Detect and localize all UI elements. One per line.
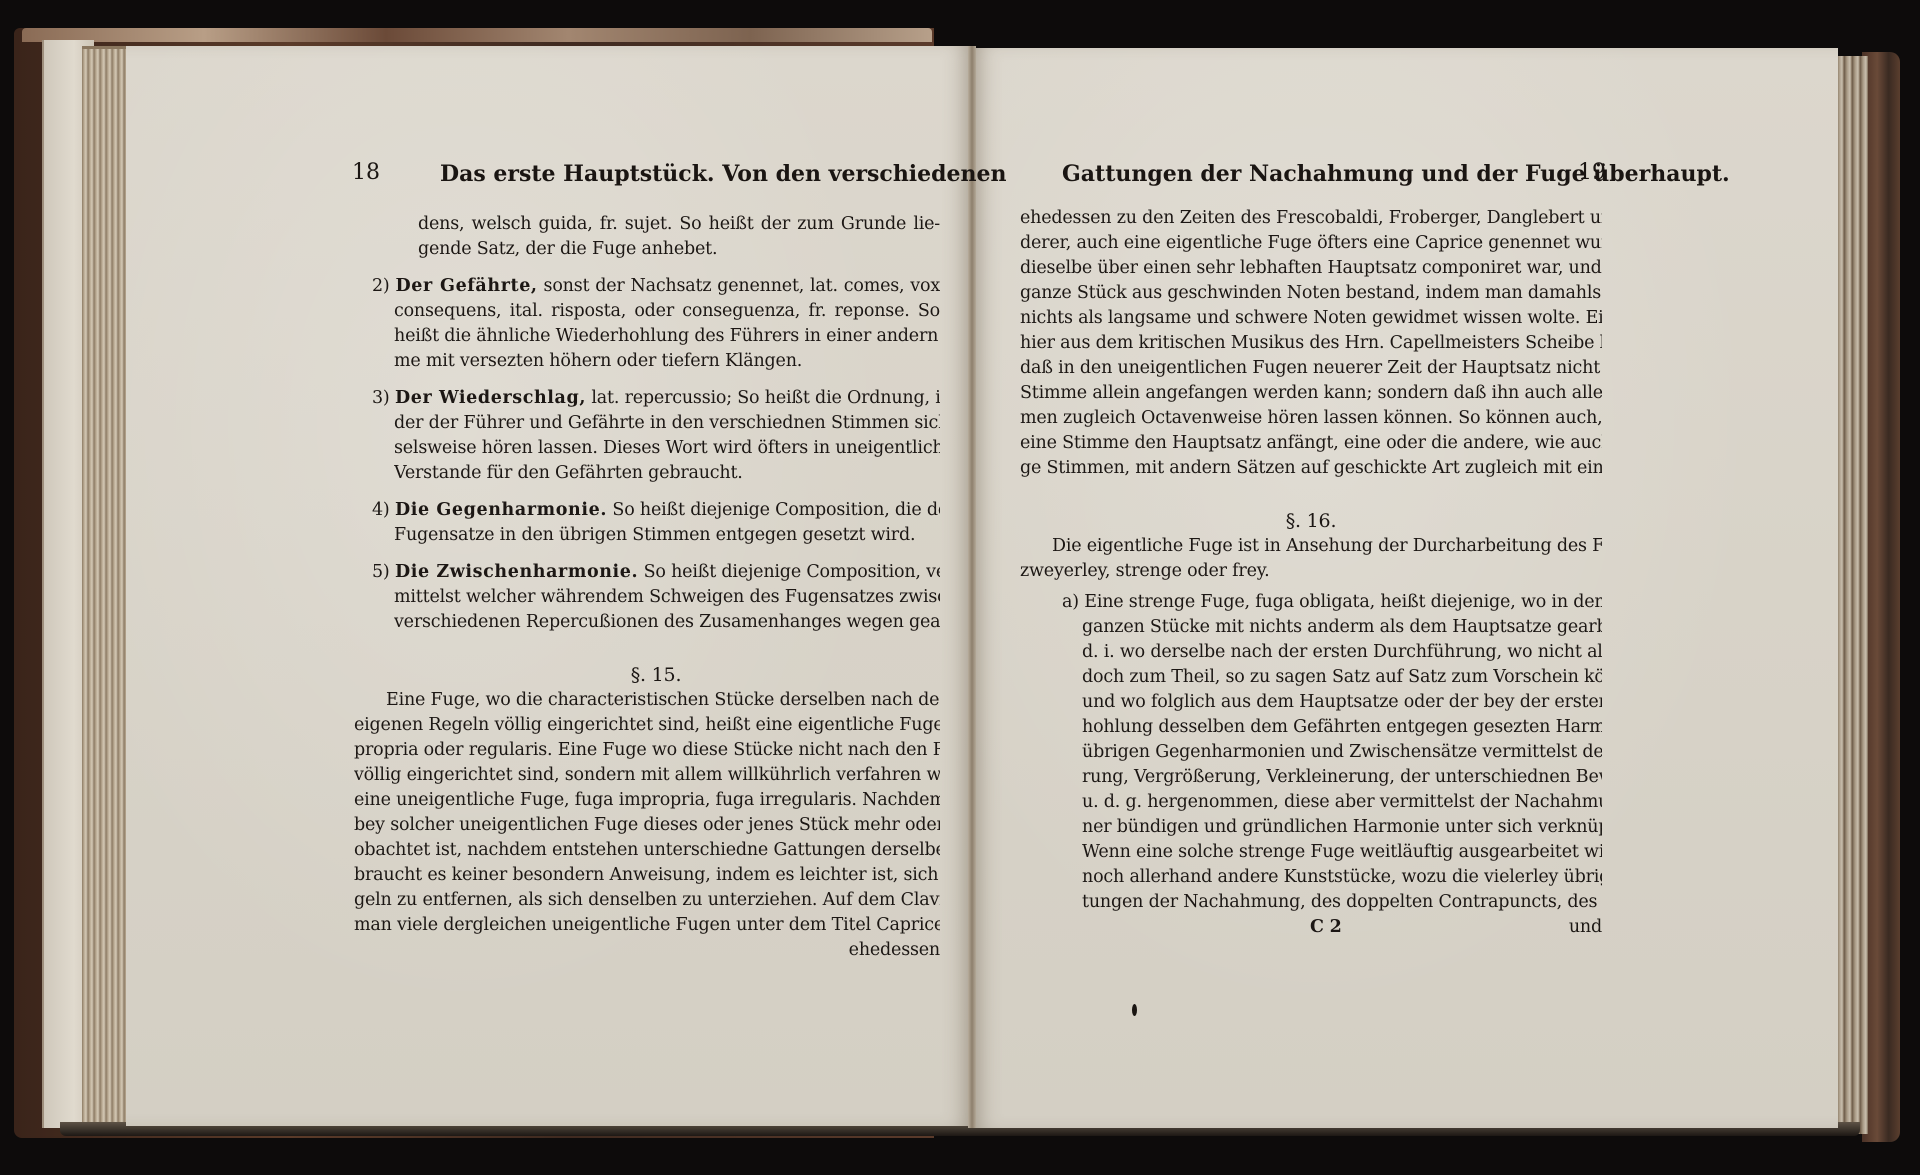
text-line: dens, welsch guida, fr. sujet. So heißt …: [418, 212, 940, 237]
catchword: und: [1569, 915, 1602, 940]
running-head-right: Gattungen der Nachahmung und der Fuge üb…: [1062, 160, 1730, 188]
text-line: eine uneigentliche Fuge, fuga impropria,…: [354, 788, 940, 813]
left-page-stack-edge: [82, 46, 126, 1131]
text-line: der der Führer und Gefährte in den versc…: [394, 411, 940, 436]
text-line: nichts als langsame und schwere Noten ge…: [1020, 306, 1602, 331]
page-number-right: 19: [1578, 160, 1606, 185]
text-line: eine Stimme den Hauptsatz anfängt, eine …: [1020, 431, 1602, 456]
definition-item-a: a) Eine strenge Fuge, fuga obligata, hei…: [1020, 590, 1602, 940]
text-line: daß in den uneigentlichen Fugen neuerer …: [1020, 356, 1602, 381]
text-line: doch zum Theil, so zu sagen Satz auf Sat…: [1082, 665, 1602, 690]
definition-item-4: 4) Die Gegenharmonie. So heißt diejenige…: [372, 498, 940, 548]
text-line: hohlung desselben dem Gefährten entgegen…: [1082, 715, 1602, 740]
definition-item-3: 3) Der Wiederschlag, lat. repercussio; S…: [372, 386, 940, 486]
text-line: gende Satz, der die Fuge anhebet.: [418, 237, 940, 262]
running-head-left: Das erste Hauptstück. Von den verschiede…: [440, 160, 1007, 188]
right-page-body: ehedessen zu den Zeiten des Frescobaldi,…: [1020, 206, 1602, 940]
text-line: d. i. wo derselbe nach der ersten Durchf…: [1082, 640, 1602, 665]
section-heading: §. 15.: [372, 663, 940, 688]
item-term: Die Gegenharmonie.: [395, 500, 607, 520]
text-line: Fugensatze in den übrigen Stimmen entgeg…: [394, 523, 940, 548]
text-line: mittelst welcher währendem Schweigen des…: [394, 585, 940, 610]
text-line: und wo folglich aus dem Hauptsatze oder …: [1082, 690, 1602, 715]
section-16: §. 16. Die eigentliche Fuge ist in Anseh…: [1020, 509, 1602, 940]
item-marker: 5): [372, 562, 390, 582]
text-line: selsweise hören lassen. Dieses Wort wird…: [394, 436, 940, 461]
continuation-block: ehedessen zu den Zeiten des Frescobaldi,…: [1020, 206, 1602, 481]
text-line: me mit versezten höhern oder tiefern Klä…: [394, 349, 940, 374]
text-line: ganze Stück aus geschwinden Noten bestan…: [1020, 281, 1602, 306]
book-gutter: [968, 46, 976, 1128]
definition-item-2: 2) Der Gefährte, sonst der Nachsatz gene…: [372, 274, 940, 374]
item-marker: a): [1062, 592, 1079, 612]
text-line: noch allerhand andere Kunststücke, wozu …: [1082, 865, 1602, 890]
text-line: zweyerley, strenge oder frey.: [1020, 559, 1602, 584]
text-line: men zugleich Octavenweise hören lassen k…: [1020, 406, 1602, 431]
text-line: ge Stimmen, mit andern Sätzen auf geschi…: [1020, 456, 1602, 481]
text-line: dieselbe über einen sehr lebhaften Haupt…: [1020, 256, 1602, 281]
text-line: lat. repercussio; So heißt die Ordnung, …: [591, 388, 940, 408]
ink-spot: [1132, 1004, 1137, 1016]
text-line: geln zu entfernen, als sich denselben zu…: [354, 888, 940, 913]
text-line: Eine strenge Fuge, fuga obligata, heißt …: [1084, 592, 1602, 612]
text-line: braucht es keiner besondern Anweisung, i…: [354, 863, 940, 888]
text-line: Die eigentliche Fuge ist in Ansehung der…: [1020, 534, 1602, 559]
text-line: eigenen Regeln völlig eingerichtet sind,…: [354, 713, 940, 738]
text-line: So heißt diejenige Composition, ver-: [644, 562, 940, 582]
left-page-body: dens, welsch guida, fr. sujet. So heißt …: [372, 212, 940, 963]
item-term: Der Gefährte,: [395, 276, 537, 296]
text-line: sonst der Nachsatz genennet, lat. comes,…: [544, 276, 940, 296]
catchword: ehedessen: [354, 938, 940, 963]
signature-mark: C 2: [1310, 915, 1342, 940]
item-term: Der Wiederschlag,: [395, 388, 586, 408]
text-line: ganzen Stücke mit nichts anderm als dem …: [1082, 615, 1602, 640]
text-line: ehedessen zu den Zeiten des Frescobaldi,…: [1020, 206, 1602, 231]
item-marker: 4): [372, 500, 390, 520]
text-line: Wenn eine solche strenge Fuge weitläufti…: [1082, 840, 1602, 865]
text-line: heißt die ähnliche Wiederhohlung des Füh…: [394, 324, 940, 349]
text-line: übrigen Gegenharmonien und Zwischensätze…: [1082, 740, 1602, 765]
section-heading: §. 16.: [1020, 509, 1602, 534]
text-line: So heißt diejenige Composition, die dem: [612, 500, 940, 520]
section-15: §. 15. Eine Fuge, wo die characteristisc…: [372, 663, 940, 963]
item-term: Die Zwischenharmonie.: [395, 562, 638, 582]
text-line: verschiedenen Repercußionen des Zusamenh…: [394, 610, 940, 635]
text-line: consequens, ital. risposta, oder consegu…: [394, 299, 940, 324]
item-marker: 3): [372, 388, 390, 408]
left-cover-top-edge: [22, 28, 932, 42]
text-line: Eine Fuge, wo die characteristischen Stü…: [354, 688, 940, 713]
item-marker: 2): [372, 276, 390, 296]
text-line: hier aus dem kritischen Musikus des Hrn.…: [1020, 331, 1602, 356]
text-line: u. d. g. hergenommen, diese aber vermitt…: [1082, 790, 1602, 815]
text-line: bey solcher uneigentlichen Fuge dieses o…: [354, 813, 940, 838]
text-line: Verstande für den Gefährten gebraucht.: [394, 461, 940, 486]
right-page-stack-edge: [1836, 56, 1868, 1134]
text-line: Stimme allein angefangen werden kann; so…: [1020, 381, 1602, 406]
text-line: man viele dergleichen uneigentliche Fuge…: [354, 913, 940, 938]
text-line: völlig eingerichtet sind, sondern mit al…: [354, 763, 940, 788]
continuation-block: dens, welsch guida, fr. sujet. So heißt …: [372, 212, 940, 262]
text-line: obachtet ist, nachdem entstehen untersch…: [354, 838, 940, 863]
text-line: rung, Vergrößerung, Verkleinerung, der u…: [1082, 765, 1602, 790]
text-line: tungen der Nachahmung, des doppelten Con…: [1082, 890, 1602, 915]
text-line: derer, auch eine eigentliche Fuge öfters…: [1020, 231, 1602, 256]
text-line: ner bündigen und gründlichen Harmonie un…: [1082, 815, 1602, 840]
definition-item-5: 5) Die Zwischenharmonie. So heißt diejen…: [372, 560, 940, 635]
text-line: propria oder regularis. Eine Fuge wo die…: [354, 738, 940, 763]
page-number-left: 18: [352, 160, 380, 185]
